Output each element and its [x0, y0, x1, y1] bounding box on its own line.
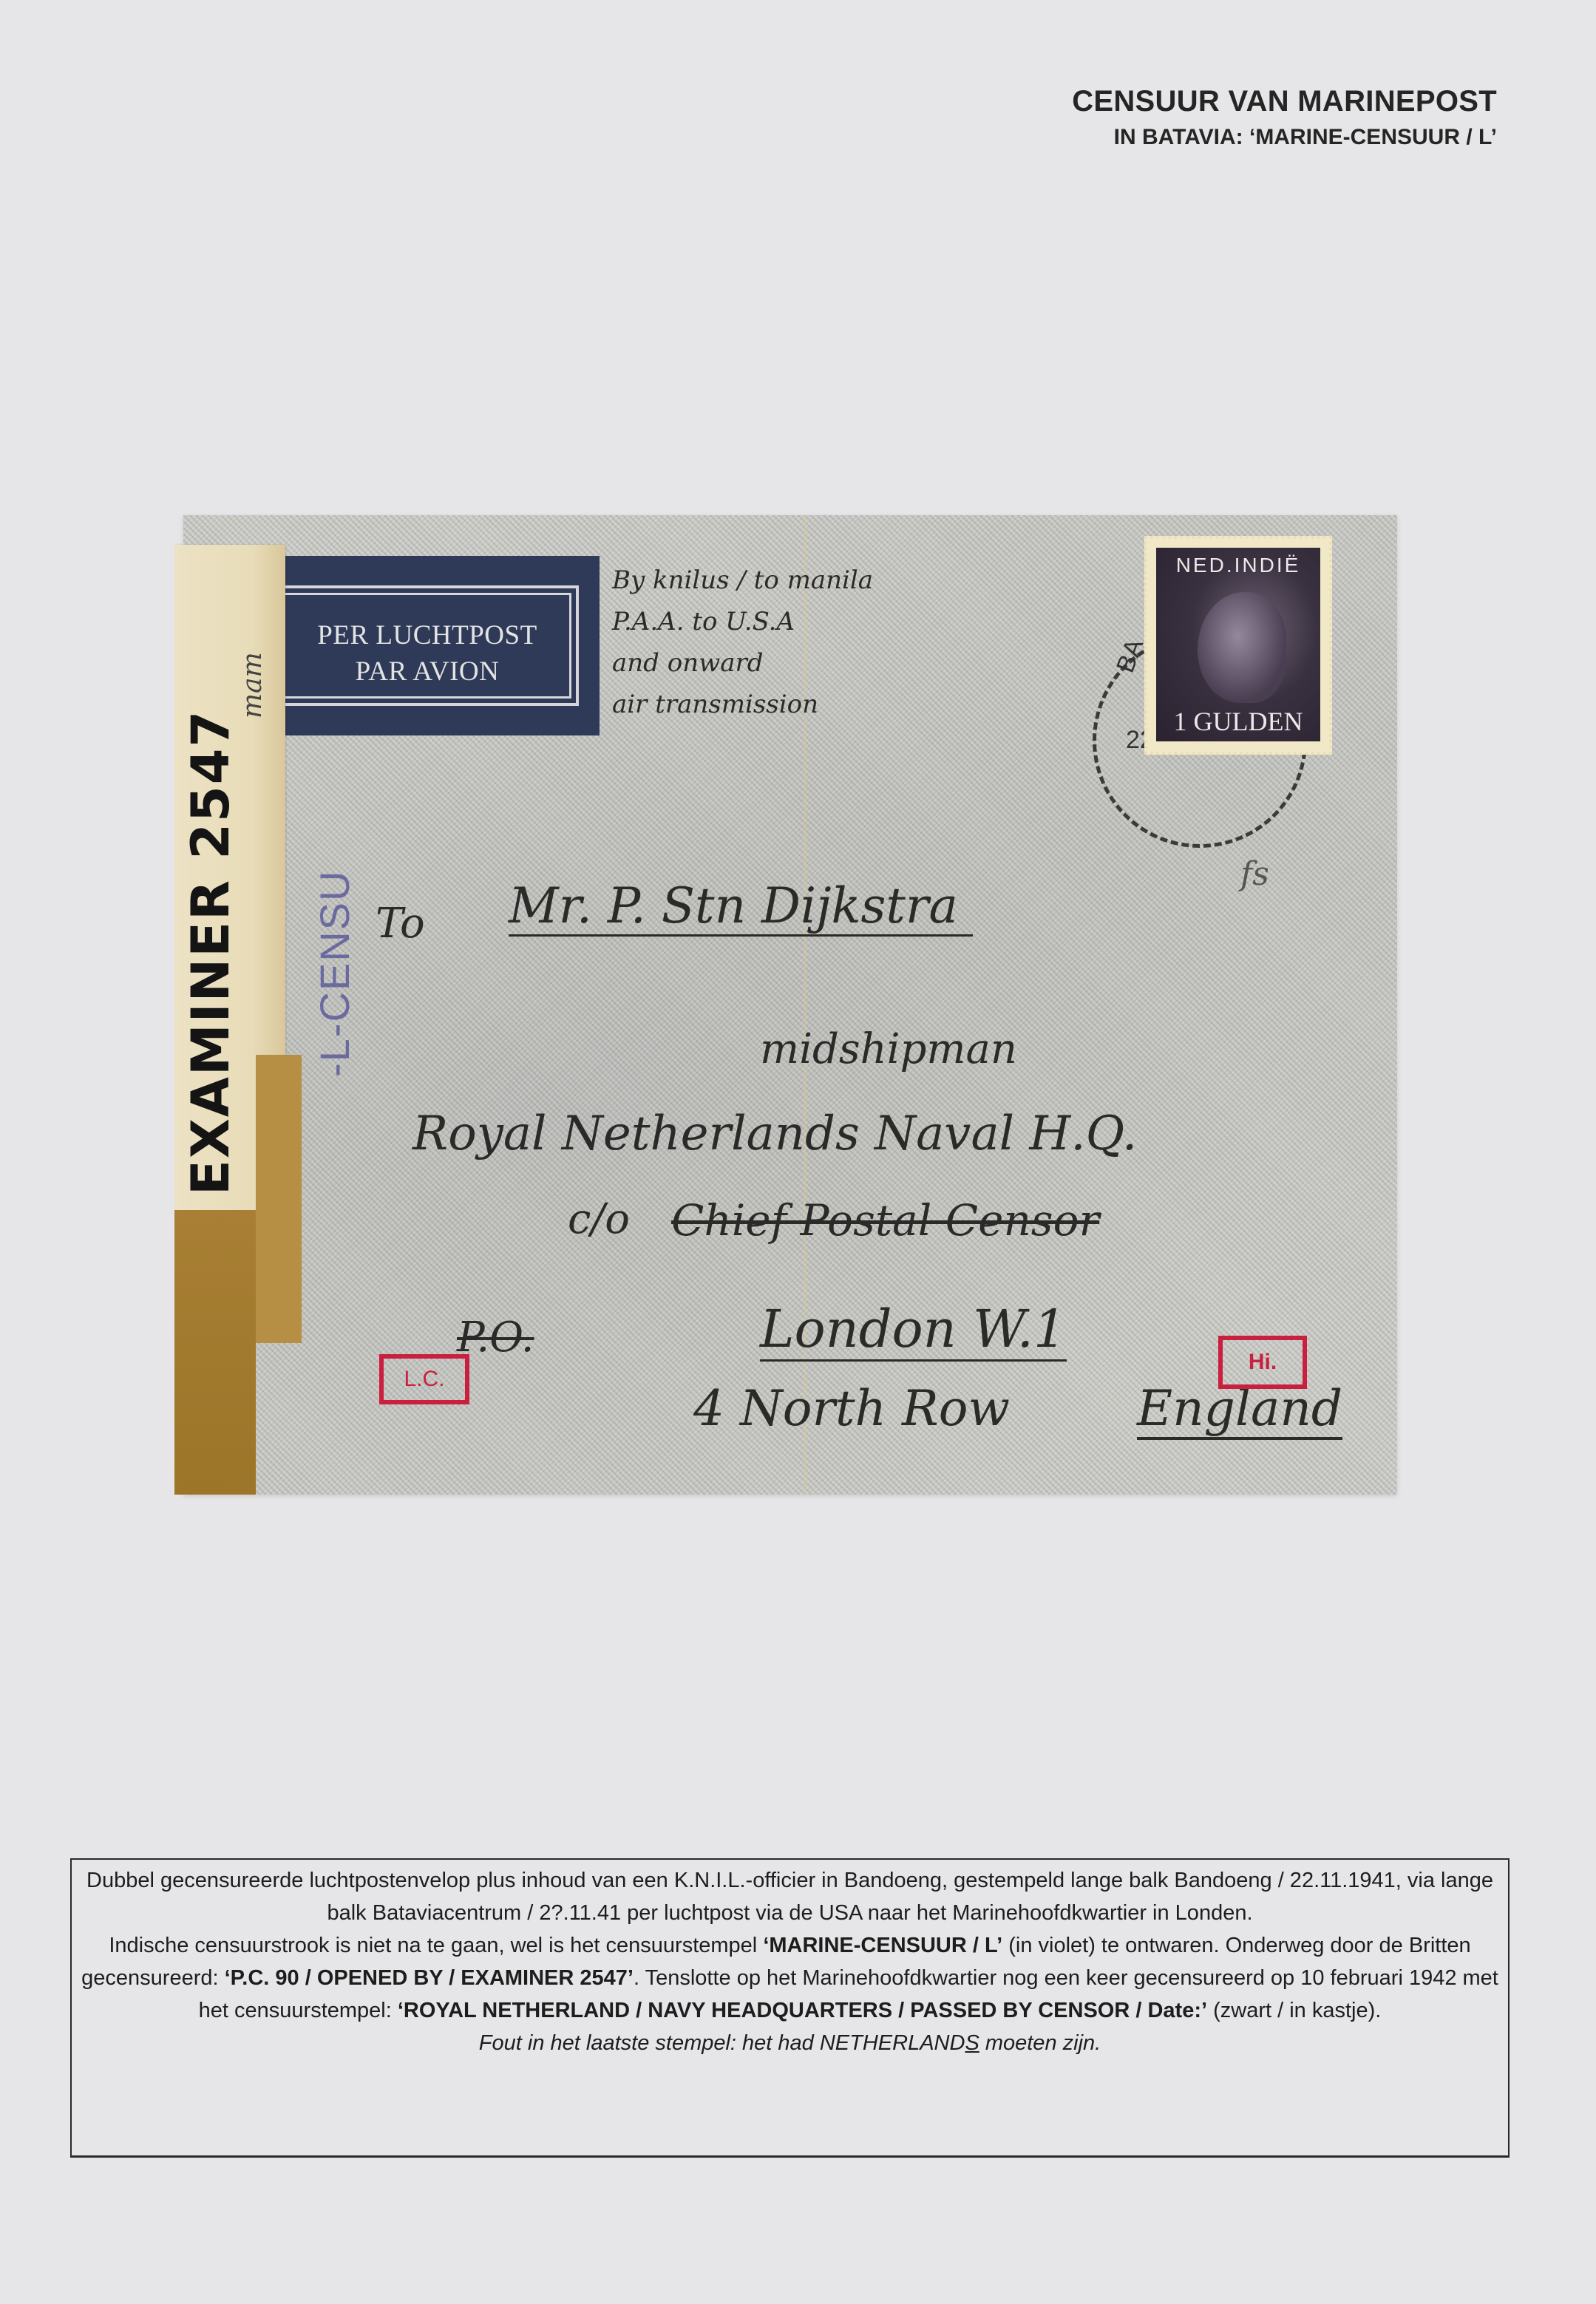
- address-rank: midshipman: [760, 1025, 1017, 1073]
- lc-censor-box: L.C.: [379, 1354, 469, 1404]
- address-struck-line: Chief Postal Censor: [671, 1195, 1099, 1246]
- description-paragraph-1: Dubbel gecensureerde luchtpostenvelop pl…: [72, 1864, 1508, 1929]
- address-to: To: [376, 900, 425, 948]
- marine-censuur-stamp: -L-CENSU: [310, 870, 359, 1077]
- airmail-label-line1: PER LUCHTPOST: [285, 617, 570, 653]
- postage-stamp: NED.INDIË 1 GULDEN: [1144, 536, 1332, 755]
- address-name: Mr. P. Stn Dijkstra: [509, 877, 973, 937]
- airmail-label-line2: PAR AVION: [285, 653, 570, 690]
- envelope-image: PER LUCHTPOST PAR AVION By knilus / to m…: [183, 515, 1397, 1495]
- description-box: Dubbel gecensureerde luchtpostenvelop pl…: [70, 1858, 1510, 2158]
- examiner-tape-text: EXAMINER 2547: [180, 710, 241, 1195]
- examiner-initials: mam: [237, 652, 268, 718]
- airmail-label: PER LUCHTPOST PAR AVION: [282, 556, 600, 735]
- brown-tape-strip: [256, 1055, 302, 1343]
- description-paragraph-2: Indische censuurstrook is niet na te gaa…: [72, 1929, 1508, 2027]
- page-header: CENSUUR VAN MARINEPOST IN BATAVIA: ‘MARI…: [1072, 83, 1497, 154]
- address-street: 4 North Row: [693, 1380, 1010, 1437]
- address-line1: Royal Netherlands Naval H.Q.: [412, 1107, 1137, 1161]
- address-country: England: [1137, 1380, 1342, 1440]
- brown-tape-strip-lower: [174, 1210, 256, 1495]
- stamp-value: 1 GULDEN: [1156, 706, 1320, 737]
- queen-portrait-icon: [1198, 592, 1286, 703]
- description-note: Fout in het laatste stempel: het had NET…: [72, 2027, 1508, 2059]
- address-care-of: c/o: [568, 1195, 630, 1243]
- stamp-country: NED.INDIË: [1156, 554, 1320, 577]
- routing-note: By knilus / to manila P.A.A. to U.S.A an…: [612, 560, 873, 725]
- address-city: London W.1: [760, 1299, 1067, 1362]
- corner-mark: fs: [1240, 855, 1269, 893]
- page-subtitle: IN BATAVIA: ‘MARINE-CENSUUR / L’: [1072, 121, 1497, 154]
- hi-censor-box: Hi.: [1218, 1336, 1307, 1389]
- page-title: CENSUUR VAN MARINEPOST: [1072, 83, 1497, 120]
